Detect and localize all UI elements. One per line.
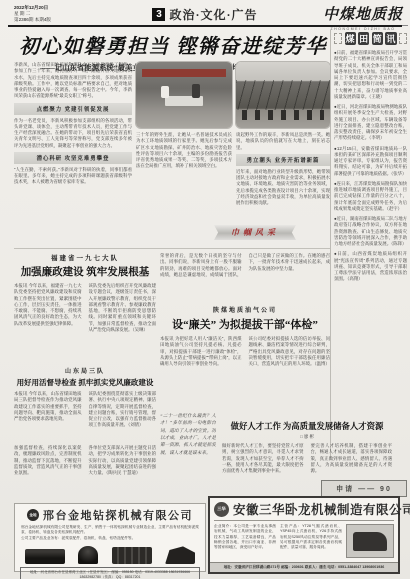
machine-silhouette <box>353 532 388 551</box>
lead-intro: 李新凤，山东省煤田地质局物测队水工环地质高级工程师。参加工作三十年来，她扎根野外… <box>14 62 132 100</box>
article-paragraph: 本报讯 为把好选人用人“廉洁关”，陕西煤田地质油气公司坚持凡提必核、凡提必审，对… <box>160 336 242 367</box>
article-byline: □ 廖 彬 <box>222 434 392 440</box>
article-body: 本报讯 为把好选人用人“廉洁关”，陕西煤田地质油气公司坚持凡提必核、凡提必审，对… <box>160 336 330 406</box>
ad-right-body: 企业简介：本公司是一家专业从事凿岩机械、气动工具研发制造的企业，技术力量雄厚，工… <box>214 524 394 562</box>
ad-right-logo-icon: 三华 <box>214 502 229 517</box>
ad-left-products-line: 公司主要产品及业务有：泥浆泵配件、卷扬机、转盘、钻塔及配件等。 <box>21 536 199 541</box>
lead-paragraph: 谈起野外工作的艰辛，李新凤总是淡然一笑。她说，地质队员的价值就写在大地上，刻在岩… <box>236 132 330 151</box>
workers-row <box>242 110 325 121</box>
lead-subhead-1: 点燃聚力 党建引领促发展 <box>14 103 132 115</box>
section-title: 政治·文化·广告 <box>169 6 257 23</box>
article-paragraph: 加强监督检查，持续深化以案促改，梳理廉政风险点，完善制度机制，推动监督下沉落地，… <box>14 445 82 476</box>
article-headline: 加强廉政建设 筑牢发展根基 <box>14 264 156 279</box>
talent-quote-block: “二十一世纪什么最贵？人才！”多年前的一句电影台词，道出了人才的宝贵。功以才成，… <box>160 412 216 494</box>
briefs-title-char: 田 <box>358 32 369 45</box>
ad-right: 三华 安徽三华卧龙机械制造有限公司 企业简介：本公司是一家专业从事凿岩机械、气动… <box>208 496 400 574</box>
ad-left-product-photos <box>25 544 195 564</box>
ad-left-header: 金地 邢台金地钻探机械有限公司 <box>15 507 205 523</box>
section-header: 3 政治·文化·广告 <box>130 6 280 23</box>
briefs-title-char: 讯 <box>385 32 396 45</box>
article-headline: 设“廉关” 为拟提拔干部“体检” <box>160 316 330 332</box>
person-figure <box>161 86 169 98</box>
brief-item: ●连日来，江苏煤炭地质局勘探队加快推进城市地质调查项目野外施工，目前已完成钻探工… <box>334 181 407 212</box>
notice-text: 申请 —— 90 <box>336 484 392 494</box>
page-number-badge: 3 <box>152 8 165 21</box>
article-kicker: 陕煤地质油气公司 <box>160 305 330 314</box>
lead-column-1: 李新凤，山东省煤田地质局物测队水工环地质高级工程师。参加工作三十年来，她扎根野外… <box>14 62 132 248</box>
article-shandong: 山东局三队 用好用活督导检查 抓牢抓实党风廉政建设 本报讯 今年以来，山东省煤田… <box>14 366 156 483</box>
bracket-decoration-right <box>399 33 407 44</box>
ad-left-company-name: 邢台金地钻探机械有限公司 <box>43 507 193 523</box>
wall-cables <box>236 80 330 109</box>
lead-headline: 初心如磐勇担当 铿锵奋进绽芳华 <box>14 30 332 59</box>
masthead-date-block: 2022年12月20日 星 期 二 第2386期 本期4版 <box>14 5 106 24</box>
person-figure <box>192 84 201 97</box>
article-paragraph: 该队纪委围绕贯彻落实上级决策部署、执行中央八项规定精神、廉洁自律等情况，定期开展… <box>89 391 157 429</box>
red-banner <box>142 69 226 77</box>
briefs-sidebar: 煤 田 简 讯 ●日前，福建省煤田地质局召开学习贯彻党的二十大精神宣讲报告会，局… <box>334 32 407 287</box>
article-body: 本报讯 今年以来，福建省一九七大队党委坚持把党风廉政建设和反腐败工作摆在突出位置… <box>14 283 156 361</box>
ad-right-intro: 企业简介：本公司是一家专业从事凿岩机械、气动工具研发制造的企业，技术力量雄厚，工… <box>214 524 276 562</box>
ad-right-company-name: 安徽三华卧龙机械制造有限公司 <box>233 500 410 518</box>
ad-right-contact-bar: 地址：安徽省庐江县移湖山路271号 邮编：230601 联系人：潘杰 电话：05… <box>210 562 398 572</box>
briefs-title: 煤 田 简 讯 <box>334 32 407 45</box>
sidebar-divider <box>330 30 331 458</box>
masthead-rule <box>8 25 402 27</box>
briefs-title-char: 煤 <box>345 32 356 45</box>
lead-paragraph: 作为一名老党员，李新凤积极参加支部组织的各项活动，带头讲党课、谈体会，主动帮带青… <box>14 118 132 149</box>
small-notice-box: 申请 —— 90 <box>321 480 407 497</box>
photo-signing-ceremony <box>136 62 232 128</box>
paper-name: 中煤地质报 <box>318 3 408 24</box>
ad-left-contact-bar: 地址：河北省邢台市任县邢湾工业区（任县开发区） 邮编：055150 电话：031… <box>20 567 200 579</box>
article-paragraph: 各单位党支部深入开展主题党日活动，把学习成果转化为干事创业的实际行动，以高质量党… <box>89 445 157 476</box>
brief-item: ●日前，山西省煤炭地质局组织开展“宪法宣传周”系列活动，通过专题讲座、知识竞赛等… <box>334 251 407 282</box>
article-headline: 用好用活督导检查 抓牢抓实党风廉政建设 <box>14 377 156 388</box>
article-paragraph: 本报讯 今年以来，福建省一九七大队党委坚持把党风廉政建设和反腐败工作摆在突出位置… <box>14 283 82 327</box>
ad-right-products: 主营产品：YT28气腿式凿岩机、YSP45向上式凿岩机、Y26手持式凿岩机及S2… <box>280 524 342 562</box>
brief-item: ●近日，湖南省煤田地质局二队与地方政府签订战略合作协议，双方将在地热资源勘查、矿… <box>334 216 407 247</box>
article-paragraph: 该公司纪委对拟提拔人选的信访举报、问题线索、廉洁档案等情况进行综合研判，严格出具… <box>249 336 331 367</box>
lead-paragraph: “人生在勤，不索何获。”李新凤对于科研的执着，同事们都看在眼里。多年来，她主持完… <box>14 167 132 186</box>
ad-left-logo-icon: 金地 <box>27 509 39 521</box>
article-kicker: 福建省一九七大队 <box>14 253 156 262</box>
article-headline: 做好人才工作 为高质量发展储备人才资源 <box>222 420 392 432</box>
product-photo-winch <box>78 546 98 564</box>
article-body: 本报讯 今年以来，山东省煤田地质局三队把督导检查作为推动党风廉政建设工作落实的重… <box>14 391 156 443</box>
article-kicker: 山东局三队 <box>14 366 156 375</box>
lead-continuation: 荣誉的背后，是无数个日夜的坚守与付出。同事们说，李新凤身上有一股不服输的韧劲，再… <box>160 253 330 301</box>
product-photo-hoist <box>165 546 195 564</box>
lead-paragraph: 三十年的野外生涯，让她从一名普通技术员成长为水工环地质领域的行家里手。她先后参与… <box>136 132 232 170</box>
product-photo-pump-parts <box>25 549 65 564</box>
article-paragraph: 该队党委先后组织召开党风廉政建设专题会议，逐级签订责任书，深入开展廉政警示教育，… <box>89 283 157 333</box>
brief-item: ●日前，福建省煤田地质局召开学习贯彻党的二十大精神宣讲报告会，局领导班子成员、机… <box>334 50 407 100</box>
article-body-tail: 加强监督检查，持续深化以案促改，梳理廉政风险点，完善制度机制，推动监督下沉落地，… <box>14 445 156 483</box>
section-divider-rule <box>14 248 330 249</box>
lead-paragraph: 近年来，面对地勘行业转型升级新形势，她带领团队主动对接地方政府和企业需求，积极拓… <box>236 169 330 207</box>
ad-right-product-photo <box>346 524 394 558</box>
brief-item: ●近日，河北省煤田地质局物测地质队组织开展冬季安全生产大检查，对野外施工项目、办… <box>334 104 407 142</box>
ribbon-label: 巾帼风采 <box>231 227 279 238</box>
newspaper-page: 2022年12月20日 星 期 二 第2386期 本期4版 3 政治·文化·广告… <box>0 0 410 579</box>
article-shaanxi: 陕煤地质油气公司 设“廉关” 为拟提拔干部“体检” 本报讯 为把好选人用人“廉洁… <box>160 305 330 406</box>
photo-site-inspection <box>236 62 330 128</box>
briefs-title-char: 简 <box>372 32 383 45</box>
article-paragraph: 本报讯 今年以来，山东省煤田地质局三队把督导检查作为推动党风廉政建设工作落实的重… <box>14 391 82 422</box>
ribbon-badge: 巾帼风采 <box>214 225 296 240</box>
article-paragraph: 要完善人才培养机制，搭建干事创业平台，畅通人才成长通道，落实各项保障政策，真正做… <box>311 443 393 474</box>
lead-subhead-3: 勇立潮头 业务开拓谱新篇 <box>236 154 330 166</box>
lead-subhead-2: 潜心科研 攻坚克难勇攀登 <box>14 152 132 164</box>
brief-item: ●12月15日，安徽省煤田地质局一队承担的某矿区深部补充勘探项目顺利通过专家评审… <box>334 146 407 177</box>
ad-left-description: 邢台金地钻探机械有限公司是集研发、生产、销售于一体的钻探机械专业制造企业，主要产… <box>21 525 199 535</box>
ad-left: 金地 邢台金地钻探机械有限公司 邢台金地钻探机械有限公司是集研发、生产、销售于一… <box>14 503 206 572</box>
signing-table <box>165 96 203 105</box>
bracket-decoration-left <box>334 33 342 44</box>
issue-line: 第2386期 本期4版 <box>14 17 106 23</box>
article-paragraph: 做好新时代人才工作，要坚持党管人才原则，树立强烈的人才意识，寻觅人才求贤若渴，发… <box>222 443 304 474</box>
ad-right-header: 三华 安徽三华卧龙机械制造有限公司 <box>214 500 394 521</box>
product-photo-drill-rig <box>112 547 152 564</box>
article-fujian: 福建省一九七大队 加强廉政建设 筑牢发展根基 本报讯 今年以来，福建省一九七大队… <box>14 253 156 361</box>
lead-paragraph: 荣誉的背后，是无数个日夜的坚守与付出。同事们说，李新凤身上有一股不服输的韧劲，再… <box>160 253 330 278</box>
